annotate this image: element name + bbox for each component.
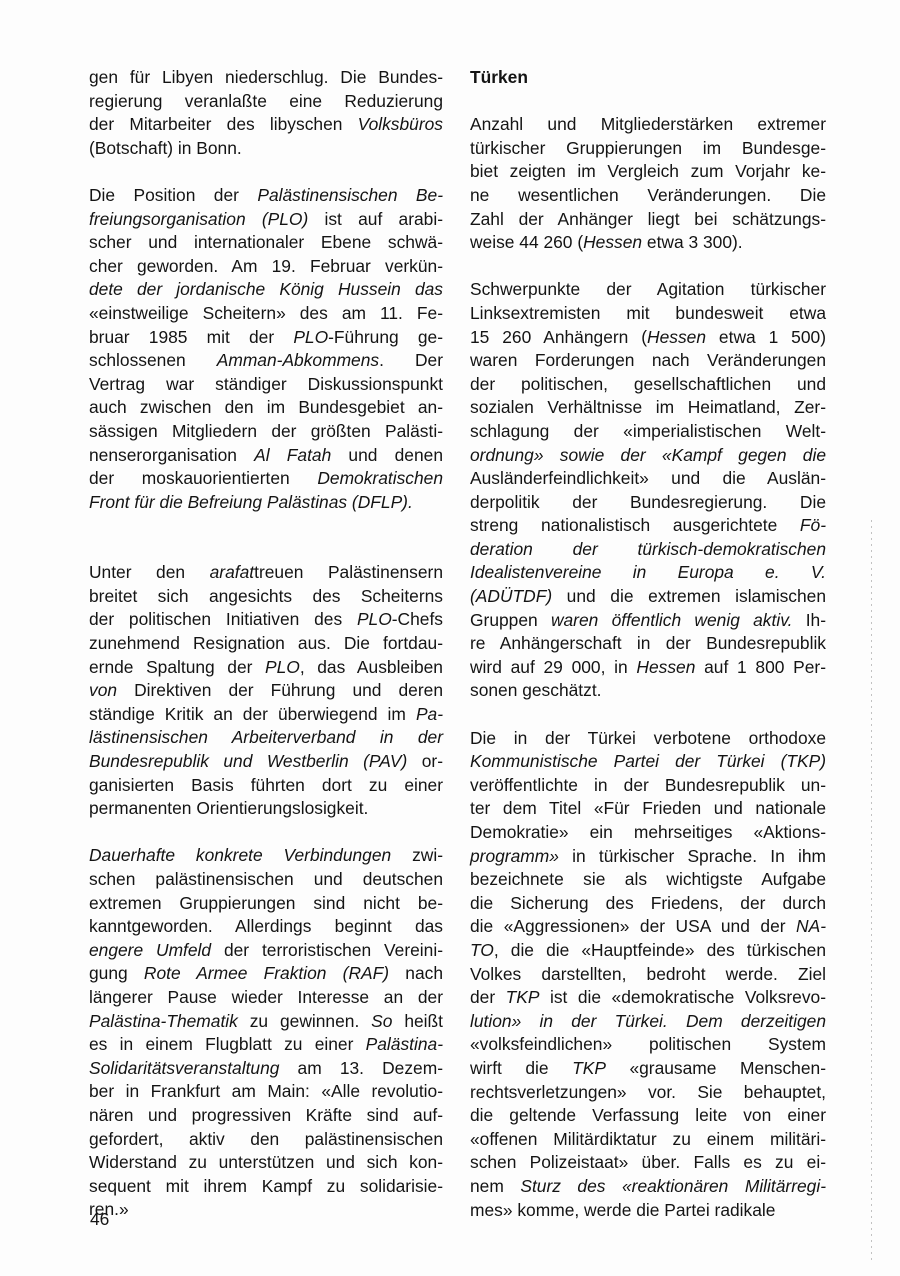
text-line: lution» in der Türkei. Dem derzeitigen	[470, 1010, 826, 1034]
right-paragraph-2: Schwerpunkte der Agitation türkischerLin…	[470, 278, 826, 703]
text-line: Schwerpunkte der Agitation türkischer	[470, 278, 826, 302]
text-line: dete der jordanische König Hussein das	[89, 278, 443, 302]
text-line: türkischer Gruppierungen im Bundesge-	[470, 137, 826, 161]
text-line: kanntgeworden. Allerdings beginnt das	[89, 915, 443, 939]
text-line: ne wesentlichen Veränderungen. Die	[470, 184, 826, 208]
text-line: Unter den arafattreuen Palästinensern	[89, 561, 443, 585]
text-line: Vertrag war ständiger Diskussionspunkt	[89, 373, 443, 397]
text-line: längerer Pause wieder Interesse an der	[89, 986, 443, 1010]
right-paragraph-3: Die in der Türkei verbotene orthodoxeKom…	[470, 727, 826, 1222]
text-line: Front für die Befreiung Palästinas (DFLP…	[89, 491, 443, 515]
text-line: sozialen Verhältnisse im Heimatland, Zer…	[470, 396, 826, 420]
text-line: Dauerhafte konkrete Verbindungen zwi-	[89, 844, 443, 868]
text-line: der moskauorientierten Demokratischen	[89, 467, 443, 491]
section-heading-turken: Türken	[470, 66, 826, 90]
text-line: regierung veranlaßte eine Reduzierung	[89, 90, 443, 114]
text-line: wird auf 29 000, in Hessen auf 1 800 Per…	[470, 656, 826, 680]
text-line: veröffentlichte in der Bundesrepublik un…	[470, 774, 826, 798]
text-line: Anzahl und Mitgliederstärken extremer	[470, 113, 826, 137]
text-line: die «Aggressionen» der USA und der NA-	[470, 915, 826, 939]
left-column: gen für Libyen niederschlug. Die Bundes-…	[89, 66, 443, 1222]
text-line: Gruppen waren öffentlich wenig aktiv. Ih…	[470, 609, 826, 633]
text-line: schen palästinensischen und deutschen	[89, 868, 443, 892]
text-line: der politischen, gesellschaftlichen und	[470, 373, 826, 397]
text-line: es in einem Flugblatt zu einer Palästina…	[89, 1033, 443, 1057]
text-line: rechtsverletzungen» vor. Sie behauptet,	[470, 1081, 826, 1105]
scan-edge-mark	[871, 520, 872, 1260]
text-line: «volksfeindlichen» politischen System	[470, 1033, 826, 1057]
text-line: der Mitarbeiter des libyschen Volksbüros	[89, 113, 443, 137]
text-line: der TKP ist die «demokratische Volksrevo…	[470, 986, 826, 1010]
text-line: der politischen Initiativen des PLO-Chef…	[89, 608, 443, 632]
text-line: Linksextremisten mit bundesweit etwa	[470, 302, 826, 326]
text-line: cher geworden. Am 19. Februar verkün-	[89, 255, 443, 279]
text-line: scher und internationaler Ebene schwä-	[89, 231, 443, 255]
text-line: nem Sturz des «reaktionären Militärregi-	[470, 1175, 826, 1199]
paragraph-spacer	[89, 160, 443, 184]
text-line: die Sicherung des Friedens, der durch	[470, 892, 826, 916]
text-line: breitet sich angesichts des Scheiterns	[89, 585, 443, 609]
left-paragraph-4: Dauerhafte konkrete Verbindungen zwi-sch…	[89, 844, 443, 1222]
text-line: ber in Frankfurt am Main: «Alle revoluti…	[89, 1080, 443, 1104]
text-line: wirft die TKP «grausame Menschen-	[470, 1057, 826, 1081]
text-line: TO, die die «Hauptfeinde» des türkischen	[470, 939, 826, 963]
text-line: schlossenen Amman-Abkommens. Der	[89, 349, 443, 373]
paragraph-spacer	[470, 703, 826, 727]
text-line: programm» in türkischer Sprache. In ihm	[470, 845, 826, 869]
text-line: weise 44 260 (Hessen etwa 3 300).	[470, 231, 826, 255]
text-line: biet zeigten im Vergleich zum Vorjahr ke…	[470, 160, 826, 184]
text-line: extremen Gruppierungen sind nicht be-	[89, 892, 443, 916]
text-line: Bundesrepublik und Westberlin (PAV) or-	[89, 750, 443, 774]
text-line: «offenen Militärdiktatur zu einem militä…	[470, 1128, 826, 1152]
page-number: 46	[90, 1209, 109, 1230]
text-line: Ausländerfeindlichkeit» und die Auslän-	[470, 467, 826, 491]
text-line: die geltende Verfassung leite von einer	[470, 1104, 826, 1128]
spacer	[470, 90, 826, 114]
text-line: zunehmend Resignation aus. Die fortdau-	[89, 632, 443, 656]
text-line: schlagung der «imperialistischen Welt-	[470, 420, 826, 444]
document-page: gen für Libyen niederschlug. Die Bundes-…	[0, 0, 900, 1276]
paragraph-spacer	[89, 821, 443, 845]
text-line: ren.»	[89, 1198, 443, 1222]
text-line: bezeichnete sie als wichtigste Aufgabe	[470, 868, 826, 892]
text-line: gefordert, aktiv den palästinensischen	[89, 1128, 443, 1152]
text-line: ganisierten Basis führten dort zu einer	[89, 774, 443, 798]
text-line: lästinensischen Arbeiterverband in der	[89, 726, 443, 750]
text-line: (Botschaft) in Bonn.	[89, 137, 443, 161]
text-line: Volkes darstellten, bedroht werde. Ziel	[470, 963, 826, 987]
text-line: re Anhängerschaft in der Bundesrepublik	[470, 632, 826, 656]
text-line: Idealistenvereine in Europa e. V.	[470, 561, 826, 585]
text-line: Die Position der Palästinensischen Be-	[89, 184, 443, 208]
text-line: (ADÜTDF) und die extremen islamischen	[470, 585, 826, 609]
right-column: Türken Anzahl und Mitgliederstärken extr…	[470, 66, 826, 1222]
text-line: ordnung» sowie der «Kampf gegen die	[470, 444, 826, 468]
paragraph-spacer	[470, 255, 826, 279]
left-paragraph-2: Die Position der Palästinensischen Be-fr…	[89, 184, 443, 514]
text-line: schen Polizeistaat» über. Falls es zu ei…	[470, 1151, 826, 1175]
text-line: nären und progressiven Kräfte sind auf-	[89, 1104, 443, 1128]
text-line: sonen geschätzt.	[470, 679, 826, 703]
right-paragraph-1: Anzahl und Mitgliederstärken extremertür…	[470, 113, 826, 255]
text-line: «einstweilige Scheitern» des am 11. Fe-	[89, 302, 443, 326]
text-line: gung Rote Armee Fraktion (RAF) nach	[89, 962, 443, 986]
text-line: mes» komme, werde die Partei radikale	[470, 1199, 826, 1223]
text-line: sässigen Mitgliedern der größten Palästi…	[89, 420, 443, 444]
text-line: derpolitik der Bundesregierung. Die	[470, 491, 826, 515]
text-line: Widerstand zu unterstützen und sich kon-	[89, 1151, 443, 1175]
text-line: gen für Libyen niederschlug. Die Bundes-	[89, 66, 443, 90]
text-line: auch zwischen den im Bundesgebiet an-	[89, 396, 443, 420]
left-paragraph-1: gen für Libyen niederschlug. Die Bundes-…	[89, 66, 443, 160]
text-line: ständige Kritik an der überwiegend im Pa…	[89, 703, 443, 727]
text-line: permanenten Orientierungslosigkeit.	[89, 797, 443, 821]
text-line: ernde Spaltung der PLO, das Ausbleiben	[89, 656, 443, 680]
text-line: deration der türkisch-demokratischen	[470, 538, 826, 562]
text-line: von Direktiven der Führung und deren	[89, 679, 443, 703]
text-line: freiungsorganisation (PLO) ist auf arabi…	[89, 208, 443, 232]
paragraph-spacer	[89, 514, 443, 561]
text-line: 15 260 Anhängern (Hessen etwa 1 500)	[470, 326, 826, 350]
text-line: Die in der Türkei verbotene orthodoxe	[470, 727, 826, 751]
text-line: Palästina-Thematik zu gewinnen. So heißt	[89, 1010, 443, 1034]
text-line: Zahl der Anhänger liegt bei schätzungs-	[470, 208, 826, 232]
text-line: Kommunistische Partei der Türkei (TKP)	[470, 750, 826, 774]
text-line: Demokratie» ein mehrseitiges «Aktions-	[470, 821, 826, 845]
text-line: streng nationalistisch ausgerichtete Fö-	[470, 514, 826, 538]
text-line: ter dem Titel «Für Frieden und nationale	[470, 797, 826, 821]
text-line: bruar 1985 mit der PLO-Führung ge-	[89, 326, 443, 350]
text-line: nenserorganisation Al Fatah und denen	[89, 444, 443, 468]
text-line: sequent mit ihrem Kampf zu solidarisie-	[89, 1175, 443, 1199]
text-line: Solidaritätsveranstaltung am 13. Dezem-	[89, 1057, 443, 1081]
text-line: engere Umfeld der terroristischen Verein…	[89, 939, 443, 963]
text-line: waren Forderungen nach Veränderungen	[470, 349, 826, 373]
left-paragraph-3: Unter den arafattreuen Palästinensernbre…	[89, 561, 443, 821]
